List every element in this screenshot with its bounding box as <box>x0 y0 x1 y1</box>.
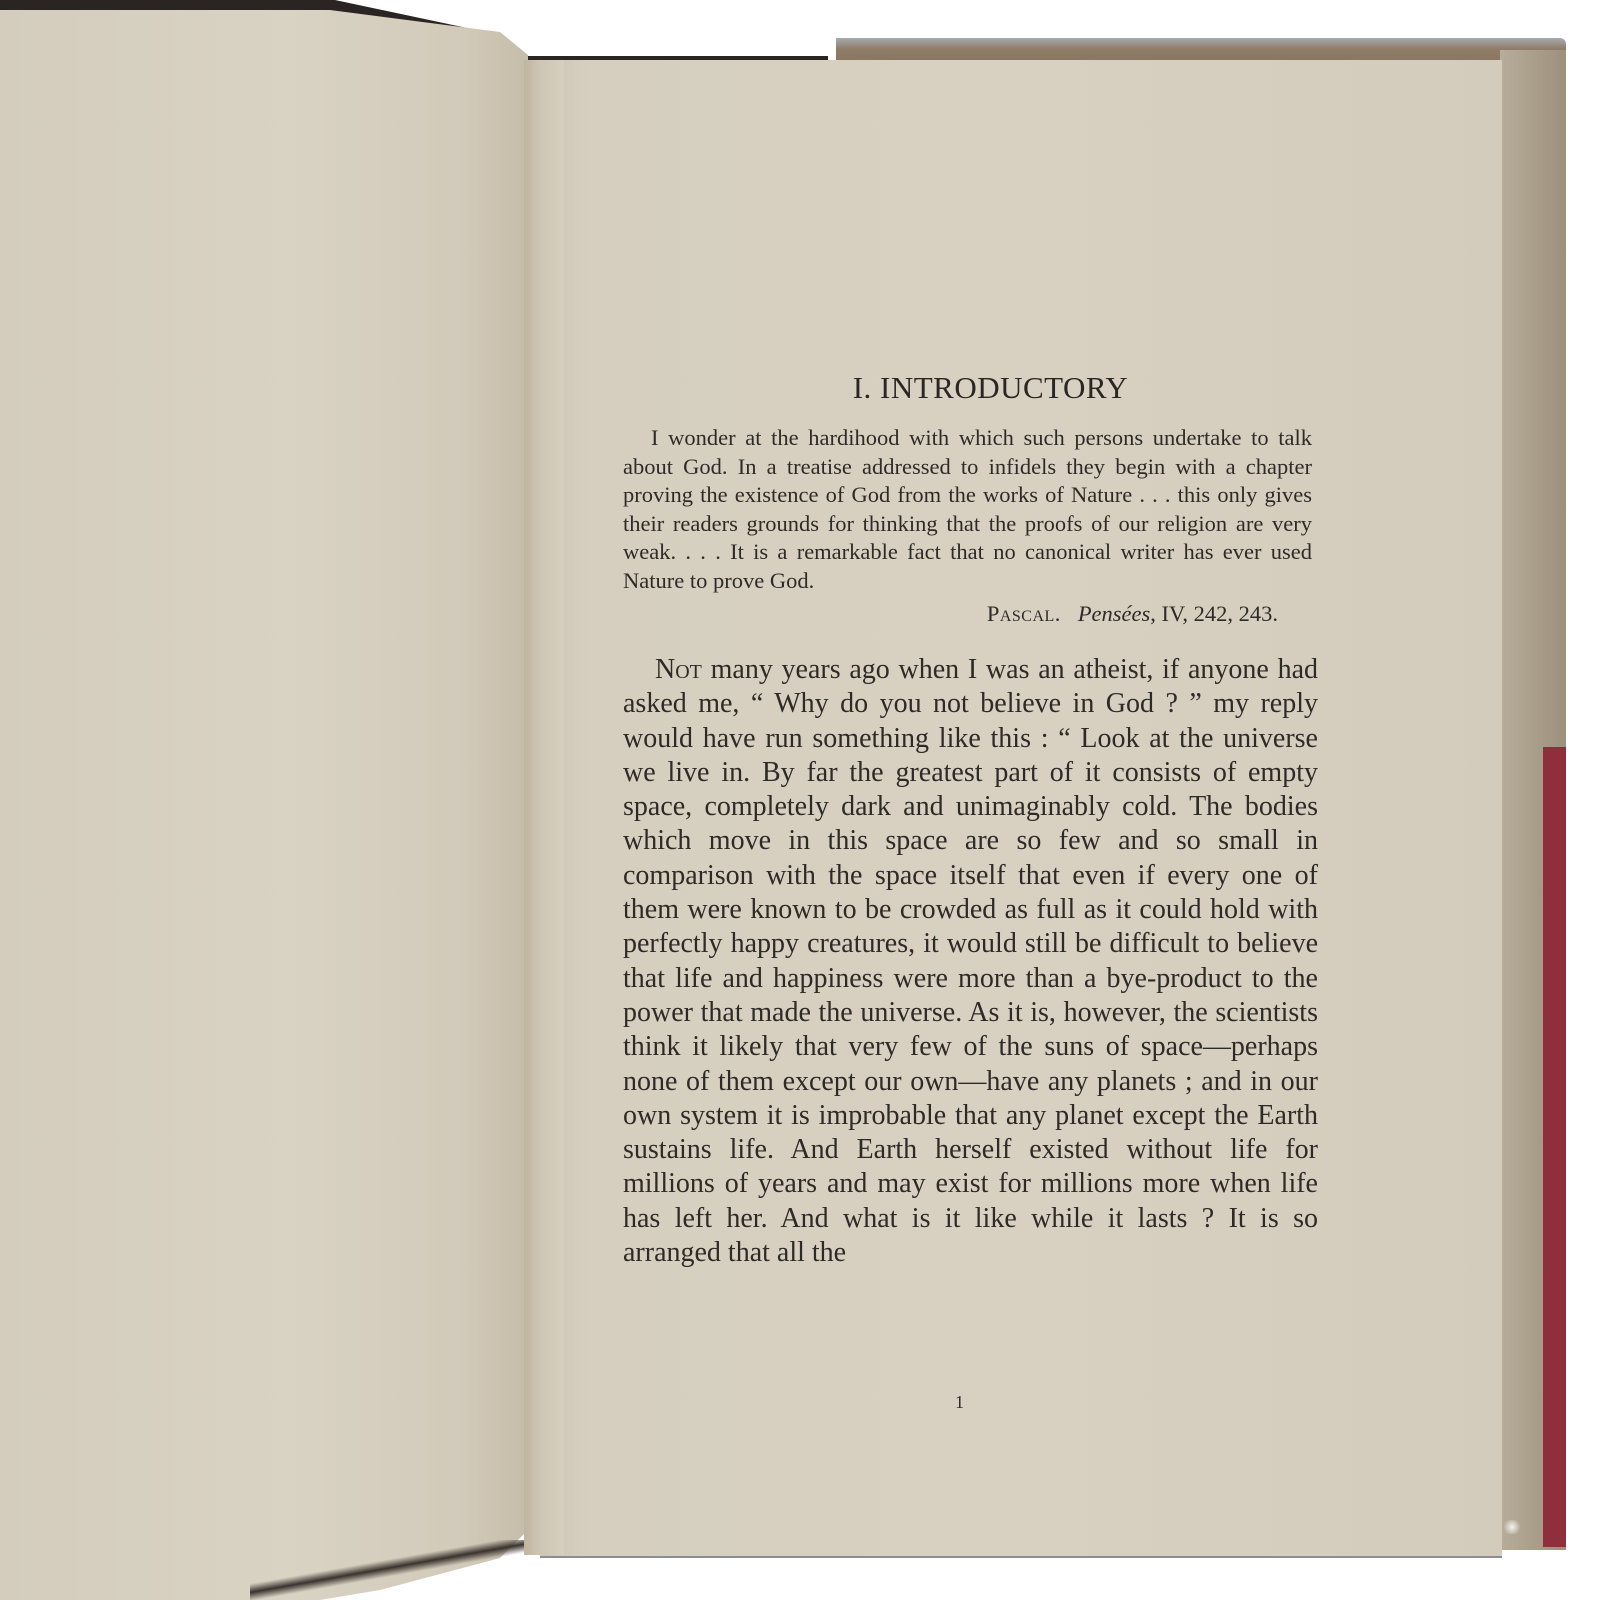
epigraph-quote: I wonder at the hardihood with which suc… <box>623 424 1318 595</box>
open-book: I. INTRODUCTORY I wonder at the hardihoo… <box>0 0 1600 1600</box>
jacket-glare <box>1502 1520 1522 1534</box>
epigraph-attribution: Pascal. Pensées, IV, 242, 243. <box>623 601 1278 627</box>
epigraph-reference: , IV, 242, 243. <box>1150 601 1278 626</box>
epigraph-author: Pascal. <box>987 601 1061 626</box>
body-paragraph-text: many years ago when I was an atheist, if… <box>623 654 1318 1268</box>
dust-jacket-red-band <box>1543 747 1566 1547</box>
book-gutter <box>524 60 564 1555</box>
page-text-block: I. INTRODUCTORY I wonder at the hardihoo… <box>623 370 1318 1270</box>
body-lead-in: Not <box>655 654 702 685</box>
chapter-title: I. INTRODUCTORY <box>663 370 1318 406</box>
page-number: 1 <box>955 1392 964 1413</box>
left-page-bottom-shadow <box>250 1540 530 1600</box>
dust-jacket-top-edge <box>836 38 1566 62</box>
epigraph-work: Pensées <box>1078 601 1150 626</box>
body-paragraph: Not many years ago when I was an atheist… <box>623 653 1318 1270</box>
left-page-blank <box>0 10 528 1600</box>
